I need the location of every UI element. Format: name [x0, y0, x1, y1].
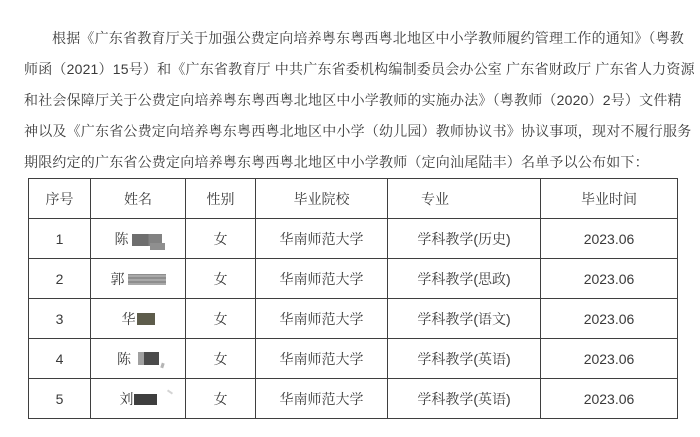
cell-major: 学科教学(历史)	[388, 219, 541, 259]
surname-text: 陈	[115, 231, 129, 247]
cell-name: 华	[91, 299, 186, 339]
cell-school: 华南师范大学	[256, 259, 388, 299]
cell-serial: 4	[29, 339, 91, 379]
paragraph-line: 根据《广东省教育厅关于加强公费定向培养粤东粤西粤北地区中小学教师履约管理工作的通…	[24, 23, 680, 54]
table-row: 5 刘 女 华南师范大学 学科教学(英语) 2023.06	[29, 379, 678, 419]
cell-school: 华南师范大学	[256, 379, 388, 419]
cell-grad-time: 2023.06	[541, 339, 678, 379]
surname-text: 华	[122, 311, 136, 327]
cell-gender: 女	[186, 339, 256, 379]
cell-serial: 5	[29, 379, 91, 419]
surname-text: 刘	[120, 391, 134, 407]
surname-text: 陈	[117, 351, 131, 367]
col-header-major: 专业	[388, 179, 541, 219]
col-header-name: 姓名	[91, 179, 186, 219]
cell-grad-time: 2023.06	[541, 219, 678, 259]
name-redaction-mask	[137, 313, 155, 325]
table-row: 3 华 女 华南师范大学 学科教学(语文) 2023.06	[29, 299, 678, 339]
cell-major: 学科教学(语文)	[388, 299, 541, 339]
cell-serial: 3	[29, 299, 91, 339]
cell-gender: 女	[186, 299, 256, 339]
col-header-grad-time: 毕业时间	[541, 179, 678, 219]
cell-gender: 女	[186, 259, 256, 299]
cell-name: 陈	[91, 339, 186, 379]
name-redaction-mask	[132, 234, 162, 246]
cell-school: 华南师范大学	[256, 299, 388, 339]
col-header-serial: 序号	[29, 179, 91, 219]
cell-major: 学科教学(英语)	[388, 339, 541, 379]
table-header-row: 序号 姓名 性别 毕业院校 专业 毕业时间	[29, 179, 678, 219]
surname-text: 郭	[111, 271, 125, 287]
cell-school: 华南师范大学	[256, 219, 388, 259]
paragraph-line: 神以及《广东省公费定向培养粤东粤西粤北地区中小学（幼儿园）教师协议书》协议事项，…	[24, 116, 680, 147]
cell-name: 刘	[91, 379, 186, 419]
paragraph-line: 和社会保障厅关于公费定向培养粤东粤西粤北地区中小学教师的实施办法》（粤教师（20…	[24, 85, 680, 116]
col-header-gender: 性别	[186, 179, 256, 219]
cell-serial: 1	[29, 219, 91, 259]
cell-major: 学科教学(思政)	[388, 259, 541, 299]
paragraph-line: 期限约定的广东省公费定向培养粤东粤西粤北地区中小学教师（定向汕尾陆丰）名单予以公…	[24, 147, 680, 178]
cell-serial: 2	[29, 259, 91, 299]
cell-grad-time: 2023.06	[541, 299, 678, 339]
table-row: 2 郭 女 华南师范大学 学科教学(思政) 2023.06	[29, 259, 678, 299]
cell-name: 陈	[91, 219, 186, 259]
table-row: 1 陈 女 华南师范大学 学科教学(历史) 2023.06	[29, 219, 678, 259]
cell-gender: 女	[186, 219, 256, 259]
cell-gender: 女	[186, 379, 256, 419]
document-page: 根据《广东省教育厅关于加强公费定向培养粤东粤西粤北地区中小学教师履约管理工作的通…	[0, 0, 700, 437]
cell-grad-time: 2023.06	[541, 379, 678, 419]
name-redaction-mask	[134, 394, 157, 405]
col-header-school: 毕业院校	[256, 179, 388, 219]
graduates-table: 序号 姓名 性别 毕业院校 专业 毕业时间 1 陈 女 华南师范大学 学科教学(…	[28, 178, 678, 419]
paragraph-line: 师函（2021）15号）和《广东省教育厅 中共广东省委机构编制委员会办公室 广东…	[24, 54, 680, 85]
cell-name: 郭	[91, 259, 186, 299]
notice-paragraph: 根据《广东省教育厅关于加强公费定向培养粤东粤西粤北地区中小学教师履约管理工作的通…	[24, 23, 680, 178]
name-redaction-mask	[138, 352, 159, 365]
name-redaction-mask	[128, 274, 166, 285]
table-row: 4 陈 女 华南师范大学 学科教学(英语) 2023.06	[29, 339, 678, 379]
cell-school: 华南师范大学	[256, 339, 388, 379]
cell-grad-time: 2023.06	[541, 259, 678, 299]
cell-major: 学科教学(英语)	[388, 379, 541, 419]
